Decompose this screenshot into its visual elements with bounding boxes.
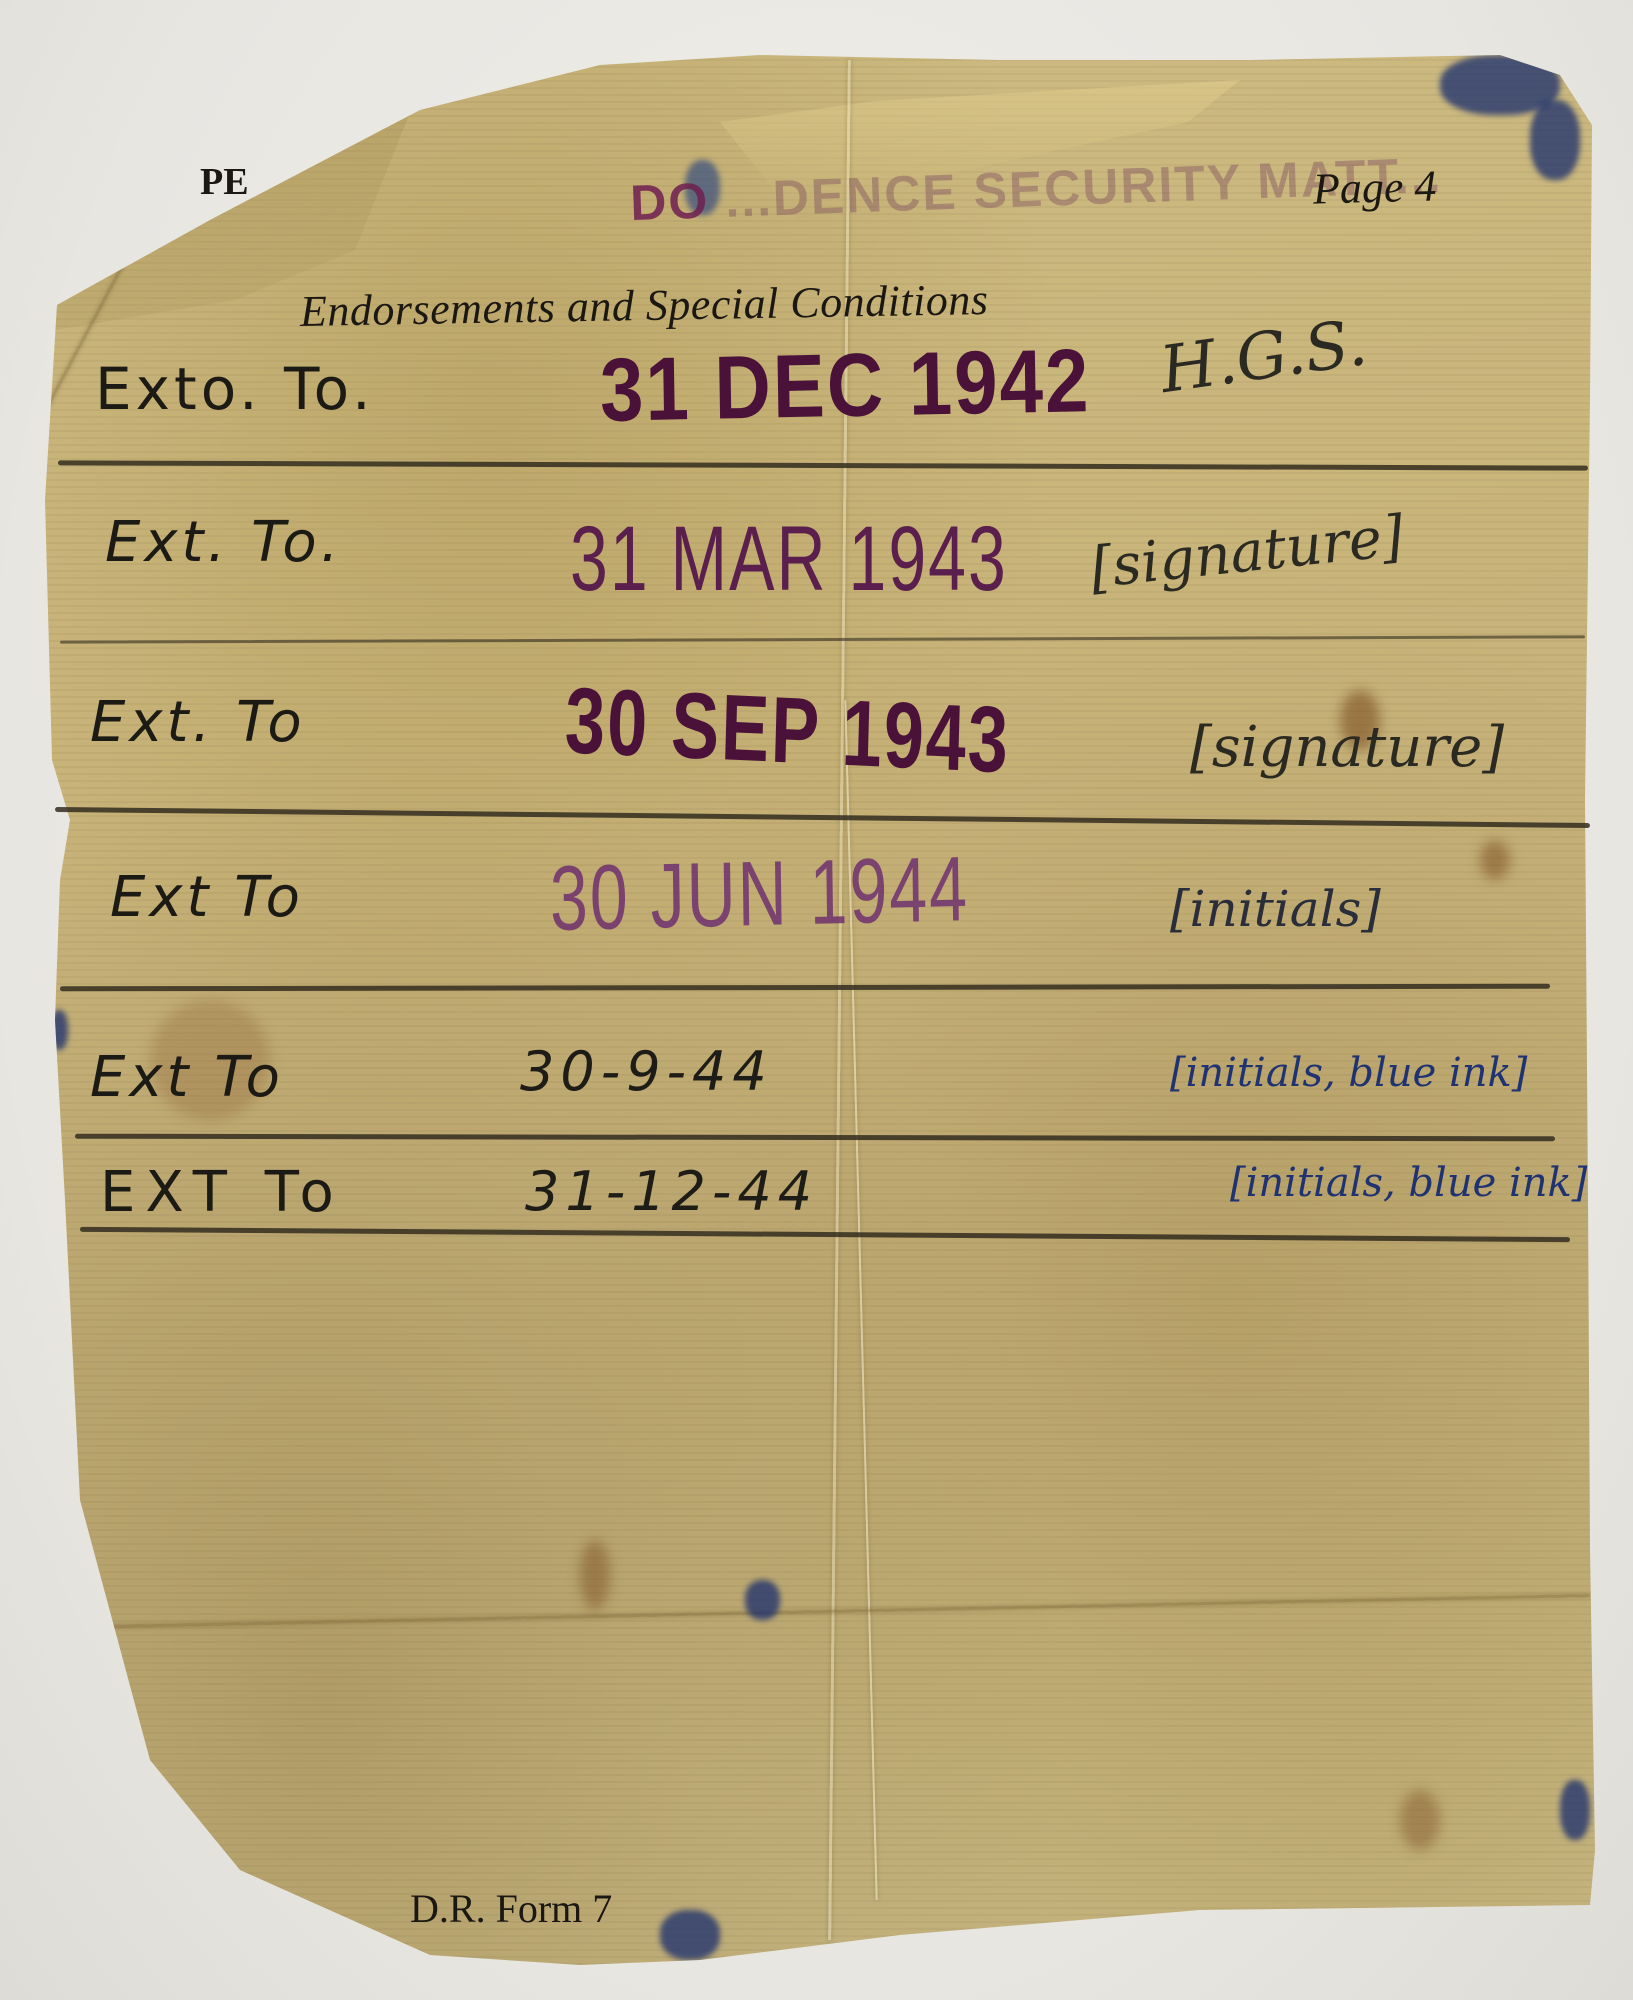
form-number: D.R. Form 7 <box>410 1885 612 1932</box>
fold-crease <box>60 1594 1590 1629</box>
endorsement-handwritten-date: 31-12-44 <box>525 1160 818 1223</box>
endorsement-label: Ext To <box>110 865 304 930</box>
page-header-fragment: PE <box>200 160 249 204</box>
ink-blot <box>745 1580 780 1620</box>
endorsement-stamp-date: 31 DEC 1942 <box>599 328 1091 442</box>
endorsement-signature: [initials, blue ink] <box>1230 1160 1587 1206</box>
endorsement-signature: [signature] <box>1190 715 1504 780</box>
endorsement-handwritten-date: 30-9-44 <box>520 1040 773 1103</box>
endorsement-label: Ext. To <box>90 690 306 755</box>
age-stain <box>1400 1790 1440 1850</box>
ink-blot <box>660 1910 720 1960</box>
page-number: Page 4 <box>1312 160 1437 214</box>
photo-background: PE DO ...DENCE SECURITY MATT... Page 4 E… <box>0 0 1633 2000</box>
endorsement-stamp-date: 30 JUN 1944 <box>549 836 969 951</box>
endorsement-label: EXT To <box>100 1160 344 1225</box>
endorsement-signature: [initials] <box>1170 880 1381 938</box>
ink-blot <box>1530 100 1580 180</box>
ink-blot <box>50 1010 68 1050</box>
endorsement-signature: [initials, blue ink] <box>1170 1050 1527 1096</box>
endorsement-stamp-date: 31 MAR 1943 <box>570 506 1008 611</box>
age-stain <box>1480 840 1510 880</box>
endorsement-label: Exto. To. <box>95 355 375 423</box>
age-stain <box>580 1540 610 1610</box>
endorsement-label: Ext To <box>90 1045 284 1110</box>
endorsement-stamp-date: 30 SEP 1943 <box>564 668 1012 795</box>
endorsement-label: Ext. To. <box>105 510 342 575</box>
ink-blot <box>1560 1780 1590 1840</box>
stamp-legible-text: DO <box>629 172 710 231</box>
